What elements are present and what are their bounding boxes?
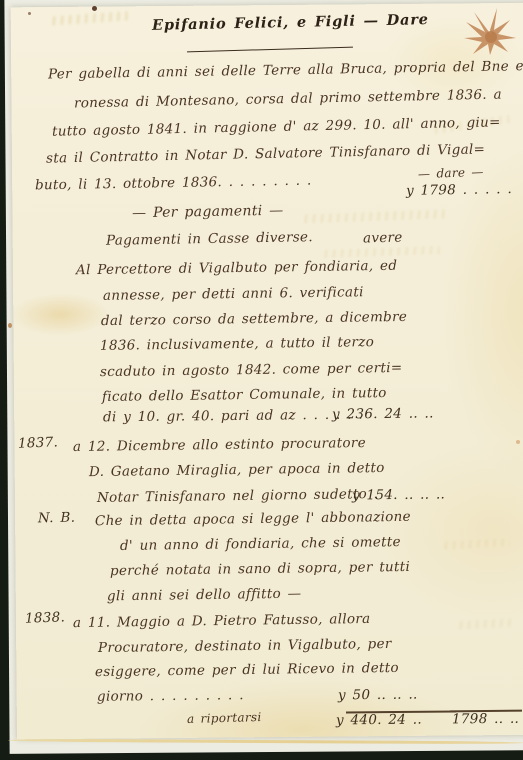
foxing-spot [28, 12, 31, 15]
payments-subheading: Pagamenti in Casse diverse. [106, 231, 313, 248]
year-label-1837: 1837. [18, 436, 59, 451]
foxing-spot [8, 323, 12, 328]
avere-label: avere [363, 231, 403, 246]
document-scan: Epifanio Felici, e Figli — Dare Per gabe… [0, 0, 523, 760]
dare-amount: y 1798 . . . . . [406, 183, 512, 198]
ink-stain [460, 0, 520, 56]
nota-bene-label: N. B. [38, 512, 75, 526]
tax-entry-line: di y 10. gr. 40. pari ad az . . . . . . [103, 409, 363, 425]
tax-entry-amount: y 236. 24 .. .. [332, 407, 434, 422]
dare-label: — dare — [418, 166, 484, 180]
entry-1838-amount: y 50 .. .. .. [338, 689, 418, 703]
carry-forward-amount: y 440. 24 .. [336, 714, 422, 728]
foxing-spot [516, 440, 520, 444]
payments-heading: — Per pagamenti — [132, 204, 284, 221]
carry-forward-label: a riportarsi [187, 711, 262, 725]
total-amount: 1798 .. .. .. [452, 713, 523, 727]
foxing-spot [92, 6, 97, 11]
year-label-1838: 1838. [25, 611, 66, 626]
entry-1837-amount: y 154. .. .. .. [352, 489, 445, 503]
entry-1838-line: giorno . . . . . . . . . [97, 689, 244, 704]
nota-bene-line: gli anni sei dello affitto — [107, 588, 302, 604]
